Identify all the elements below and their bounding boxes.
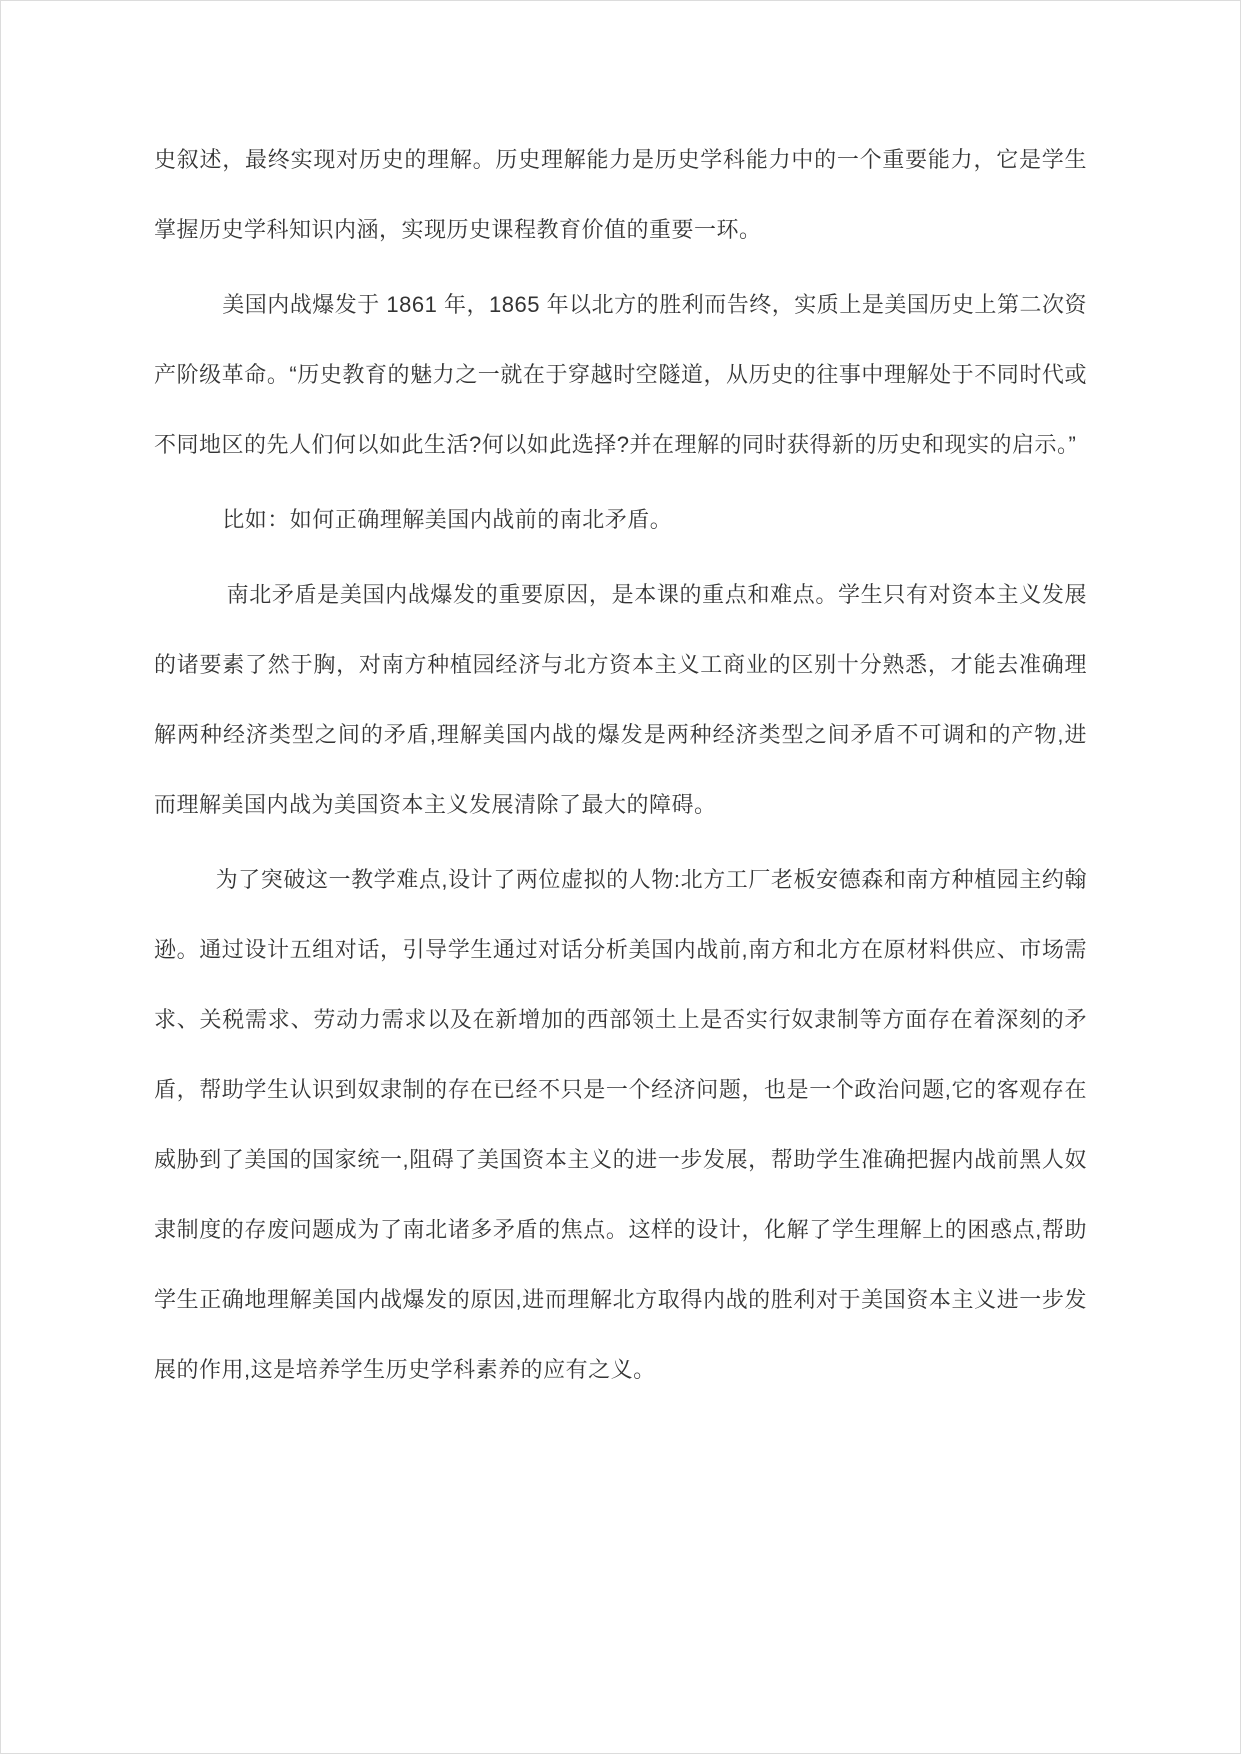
paragraph-5: 为了突破这一教学难点,设计了两位虚拟的人物:北方工厂老板安德森和南方种植园主约翰… <box>154 845 1087 1405</box>
paragraph-4: 南北矛盾是美国内战爆发的重要原因，是本课的重点和难点。学生只有对资本主义发展的诸… <box>154 560 1087 840</box>
paragraph-3: 比如：如何正确理解美国内战前的南北矛盾。 <box>154 485 1087 555</box>
paragraph-1: 史叙述，最终实现对历史的理解。历史理解能力是历史学科能力中的一个重要能力，它是学… <box>154 125 1087 265</box>
paragraph-2: 美国内战爆发于 1861 年，1865 年以北方的胜利而告终，实质上是美国历史上… <box>154 270 1087 480</box>
document-page: 史叙述，最终实现对历史的理解。历史理解能力是历史学科能力中的一个重要能力，它是学… <box>0 0 1241 1754</box>
